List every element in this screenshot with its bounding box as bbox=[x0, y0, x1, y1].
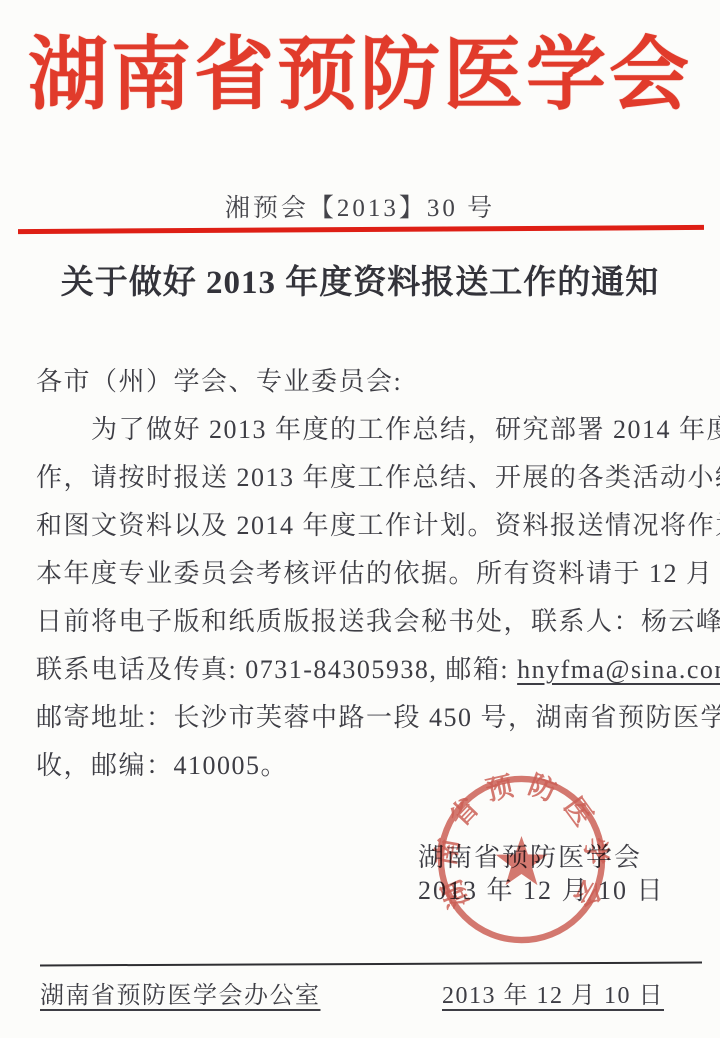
contact-text: 联系电话及传真: 0731-84305938, 邮箱: bbox=[36, 655, 517, 684]
body-line: 作，请按时报送 2013 年度工作总结、开展的各类活动小结 bbox=[36, 454, 692, 502]
seal-star-icon bbox=[496, 836, 548, 885]
red-separator-line bbox=[18, 225, 704, 234]
salutation: 各市（州）学会、专业委员会: bbox=[36, 358, 692, 406]
footer-separator-line bbox=[40, 962, 702, 967]
body-line: 日前将电子版和纸质版报送我会秘书处，联系人：杨云峰， bbox=[36, 598, 692, 646]
body-line-contact: 联系电话及传真: 0731-84305938, 邮箱: hnyfma@sina.… bbox=[36, 646, 692, 694]
footer-date: 2013 年 12 月 10 日 bbox=[442, 975, 664, 1010]
footer: 湖南省预防医学会办公室 2013 年 12 月 10 日 bbox=[40, 975, 664, 1010]
document-number: 湘预会【2013】30 号 bbox=[0, 188, 720, 224]
document-body: 各市（州）学会、专业委员会: 为了做好 2013 年度的工作总结，研究部署 20… bbox=[36, 358, 692, 790]
body-line: 本年度专业委员会考核评估的依据。所有资料请于 12 月 15 bbox=[36, 550, 692, 598]
document-page: 湖南省预防医学会 湘预会【2013】30 号 关于做好 2013 年度资料报送工… bbox=[0, 0, 720, 1038]
body-line: 邮寄地址：长沙市芙蓉中路一段 450 号，湖南省预防医学会 bbox=[36, 694, 692, 742]
letterhead-org-title: 湖南省预防医学会 bbox=[0, 26, 720, 126]
footer-office: 湖南省预防医学会办公室 bbox=[40, 975, 321, 1010]
body-line: 和图文资料以及 2014 年度工作计划。资料报送情况将作为 bbox=[36, 502, 692, 550]
official-seal-stamp: 湖南省预防医学会 bbox=[431, 767, 612, 952]
email-address: hnyfma@sina.com bbox=[517, 655, 720, 684]
document-title: 关于做好 2013 年度资料报送工作的通知 bbox=[0, 256, 720, 303]
body-line: 为了做好 2013 年度的工作总结，研究部署 2014 年度工 bbox=[36, 406, 692, 454]
